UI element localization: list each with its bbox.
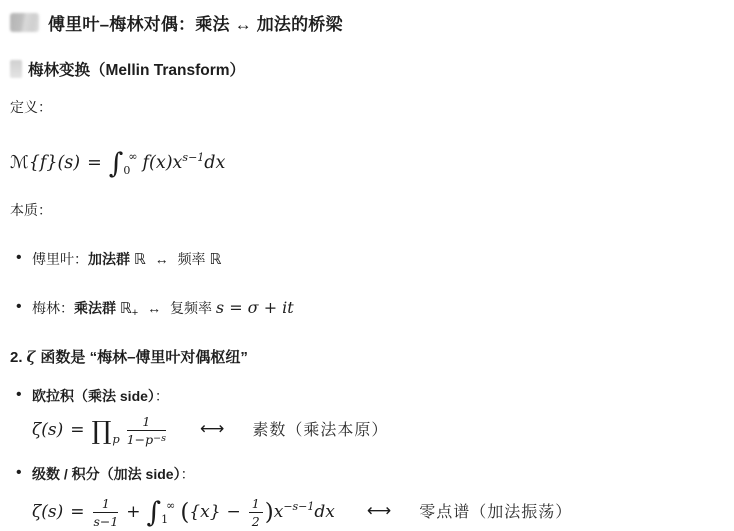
open-paren: ( [180,500,189,526]
dx-term: dx [204,153,225,173]
fraction: 12 [249,496,263,529]
section-heading-mellin: 梅林变换（Mellin Transform） [10,59,720,79]
item-mid: 频率 [178,251,206,267]
item-lead: 梅林： [32,300,74,316]
complex-frequency-math: s = σ + it [216,298,294,317]
definition-label: 定义： [10,98,720,116]
formula-annotation: 零点谱（加法振荡） [419,504,572,521]
leftright-arrow: ↔ [155,251,169,267]
reals-symbol: ℝ [209,250,221,268]
essence-label: 本质： [10,201,720,219]
integral-limits: ∞0 [124,150,137,178]
euler-product-formula: ζ(s)=∏p11−p−s⟷素数（乘法本原） [32,412,720,446]
reals-symbol: ℝ [134,250,146,268]
page-title-text: 傅里叶–梅林对偶：乘法 ↔ 加法的桥梁 [48,10,343,35]
item-mid: 复频率 [170,300,212,316]
formula-lhs: ζ(s) [32,502,63,522]
product-index: p [112,432,119,446]
formula-lhs: ζ(s) [32,420,63,440]
section-heading-text: 梅林变换（Mellin Transform） [28,58,245,80]
x-term: x [274,502,284,522]
minus-sign: − [227,502,241,522]
heading-text: 函数是 “梅林–傅里叶对偶枢纽” [40,349,248,366]
equals-sign: = [70,420,84,440]
long-leftright-arrow: ⟷ [367,501,391,521]
script-M: ℳ [10,153,29,173]
equals-sign: = [87,153,102,173]
item-bold: 欧拉积（乘法 side） [32,388,155,404]
list-item-series-integral: 级数 / 积分（加法 side）： ζ(s)=1s−1+∫∞1({x}−12)x… [10,464,720,524]
long-leftright-arrow: ⟷ [200,419,224,439]
item-bold: 乘法群 [74,300,116,316]
formula-annotation: 素数（乘法本原） [252,422,388,439]
exponent: −s−1 [283,500,314,513]
fraction: 11−p−s [127,414,166,447]
fractional-part: {x} [189,502,220,522]
close-paren: ) [265,500,274,526]
product-sign: ∏ [91,416,111,445]
heading-number: 2. [10,349,23,366]
integral-sign: ∫ [147,496,162,529]
integral-sign: ∫ [109,147,124,180]
equals-sign: = [70,502,84,522]
integral-limits: ∞1 [162,499,175,527]
item-colon: ： [181,466,195,482]
dx-term: dx [314,502,334,522]
item-bold: 加法群 [88,251,130,267]
item-lead: 傅里叶： [32,251,88,267]
mellin-formula: ℳ{f}(s)=∫∞0f(x)xs−1dx [10,140,720,176]
list-item-euler-product: 欧拉积（乘法 side）： ζ(s)=∏p11−p−s⟷素数（乘法本原） [10,386,720,446]
plus-subscript: + [132,307,138,319]
list-item-fourier: 傅里叶：加法群 ℝ ↔ 频率 ℝ [10,249,720,269]
fraction: 1s−1 [93,496,118,529]
integrand: f(x)x [143,153,183,173]
zeta-symbol: ζ [27,348,36,366]
item-colon: ： [155,388,169,404]
essence-list: 傅里叶：加法群 ℝ ↔ 频率 ℝ 梅林：乘法群 ℝ+ ↔ 复频率 s = σ +… [10,249,720,323]
exponent: s−1 [182,151,204,164]
zeta-list: 欧拉积（乘法 side）： ζ(s)=∏p11−p−s⟷素数（乘法本原） 级数 … [10,386,720,524]
blurred-emoji-icon [10,13,39,32]
item-bold: 级数 / 积分（加法 side） [32,466,181,482]
positive-reals-symbol: ℝ [120,299,132,317]
blurred-section-emoji-icon [10,60,22,78]
page-title: 傅里叶–梅林对偶：乘法 ↔ 加法的桥梁 [10,12,720,33]
section-heading-zeta: 2.ζ函数是 “梅林–傅里叶对偶枢纽” [10,347,720,368]
list-item-mellin: 梅林：乘法群 ℝ+ ↔ 复频率 s = σ + it [10,298,720,323]
series-integral-formula: ζ(s)=1s−1+∫∞1({x}−12)x−s−1dx⟷零点谱（加法振荡） [32,490,720,524]
formula-lhs: {f}(s) [29,153,80,173]
plus-sign: + [126,502,140,522]
leftright-arrow: ↔ [147,300,161,316]
document: 傅里叶–梅林对偶：乘法 ↔ 加法的桥梁 梅林变换（Mellin Transfor… [0,0,734,524]
